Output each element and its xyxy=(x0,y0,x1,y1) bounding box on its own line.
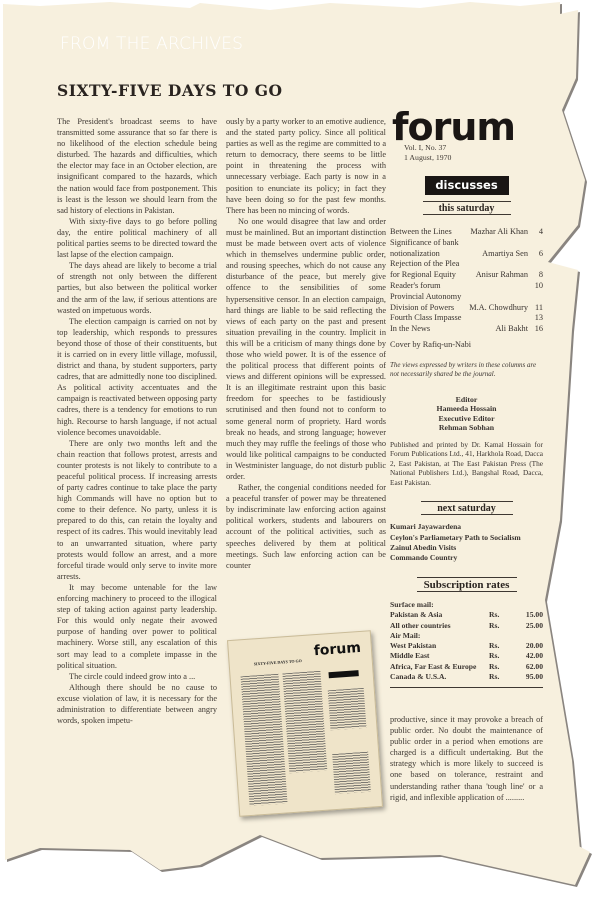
thumbnail-text-column xyxy=(328,688,367,730)
rate-row: Pakistan & AsiaRs.15.00 xyxy=(390,610,543,620)
paragraph: productive, since it may provoke a breac… xyxy=(390,714,543,803)
paragraph: With sixty-five days to go before pollin… xyxy=(57,216,217,260)
paragraph: The days ahead are likely to become a tr… xyxy=(57,260,217,315)
forum-logo: forum xyxy=(392,108,543,146)
paragraph: Rather, the congenial conditions needed … xyxy=(226,482,386,571)
thumbnail-discusses-bar xyxy=(328,670,358,678)
subscription-rates: Surface mail: Pakistan & AsiaRs.15.00 Al… xyxy=(390,600,543,682)
paragraph: It may become untenable for the law enfo… xyxy=(57,582,217,671)
editor-label: Editor xyxy=(390,395,543,405)
magazine-page-thumbnail: SIXTY-FIVE DAYS TO GO forum xyxy=(227,630,383,817)
list-item: Kumari Jayawardena xyxy=(390,522,543,532)
executive-editor-label: Executive Editor xyxy=(390,414,543,424)
rate-row: All other countriesRs.25.00 xyxy=(390,621,543,631)
thumbnail-text-column xyxy=(241,674,288,806)
divider xyxy=(390,687,543,688)
thumbnail-text-column xyxy=(332,752,371,794)
editor-name: Hameeda Hossain xyxy=(390,404,543,414)
paragraph: The circle could indeed grow into a ... xyxy=(57,671,217,682)
paragraph: The election campaign is carried on not … xyxy=(57,316,217,438)
magazine-sidebar: forum Vol. I, No. 37 1 August, 1970 disc… xyxy=(390,108,543,688)
paragraph: There are only two months left and the c… xyxy=(57,438,217,582)
thumbnail-headline: SIXTY-FIVE DAYS TO GO xyxy=(254,658,302,666)
toc-row: Division of PowersM.A. Chowdhury11 xyxy=(390,303,543,314)
masthead: Editor Hameeda Hossain Executive Editor … xyxy=(390,395,543,433)
surface-mail-label: Surface mail: xyxy=(390,600,543,610)
article-headline: SIXTY-FIVE DAYS TO GO xyxy=(57,81,282,100)
cover-credit: Cover by Rafiq-un-Nabi xyxy=(390,340,543,349)
air-mail-label: Air Mail: xyxy=(390,631,543,641)
discusses-banner: discusses xyxy=(425,176,509,195)
toc-row: notionalizationAmartiya Sen6 xyxy=(390,249,543,260)
list-item: Zainul Abedin Visits xyxy=(390,543,543,553)
rate-row: Middle EastRs.42.00 xyxy=(390,651,543,661)
next-saturday-list: Kumari Jayawardena Ceylon's Parliametary… xyxy=(390,522,543,563)
rate-row: Canada & U.S.A.Rs.95.00 xyxy=(390,672,543,682)
article-column-1: The President's broadcast seems to have … xyxy=(57,116,217,726)
toc-row: In the NewsAli Bakht16 xyxy=(390,324,543,335)
section-kicker: FROM THE ARCHIVES xyxy=(60,34,243,54)
toc-row: Reader's forum10 xyxy=(390,281,543,292)
this-saturday-heading: this saturday xyxy=(423,201,511,215)
paragraph: No one would disagree that law and order… xyxy=(226,216,386,482)
disclaimer: The views expressed by writers in these … xyxy=(390,361,543,379)
toc-row: Fourth Class Impasse13 xyxy=(390,313,543,324)
article-column-3: productive, since it may provoke a breac… xyxy=(390,714,543,803)
table-of-contents: Between the LinesMazhar Ali Khan4 Signif… xyxy=(390,227,543,335)
paragraph: ously by a party worker to an emotive au… xyxy=(226,116,386,216)
list-item: Commando Country xyxy=(390,553,543,563)
thumbnail-text-column xyxy=(282,671,327,773)
paragraph: The President's broadcast seems to have … xyxy=(57,116,217,216)
article-column-2: ously by a party worker to an emotive au… xyxy=(226,116,386,571)
publisher-info: Published and printed by Dr. Kamal Hossa… xyxy=(390,440,543,488)
paragraph: Although there should be no cause to exc… xyxy=(57,682,217,726)
toc-row: Between the LinesMazhar Ali Khan4 xyxy=(390,227,543,238)
rate-row: Africa, Far East & EuropeRs.62.00 xyxy=(390,662,543,672)
toc-row: Provincial Autonomy xyxy=(390,292,543,303)
next-saturday-heading: next saturday xyxy=(421,501,513,515)
thumbnail-logo: forum xyxy=(313,640,361,659)
toc-row: Significance of bank xyxy=(390,238,543,249)
issue-date: 1 August, 1970 xyxy=(404,153,543,163)
rate-row: West PakistanRs.20.00 xyxy=(390,641,543,651)
executive-editor-name: Rehman Sobhan xyxy=(390,423,543,433)
toc-row: for Regional EquityAnisur Rahman8 xyxy=(390,270,543,281)
toc-row: Rejection of the Plea xyxy=(390,259,543,270)
subscription-heading: Subscription rates xyxy=(417,577,517,592)
list-item: Ceylon's Parliametary Path to Socialism xyxy=(390,533,543,543)
